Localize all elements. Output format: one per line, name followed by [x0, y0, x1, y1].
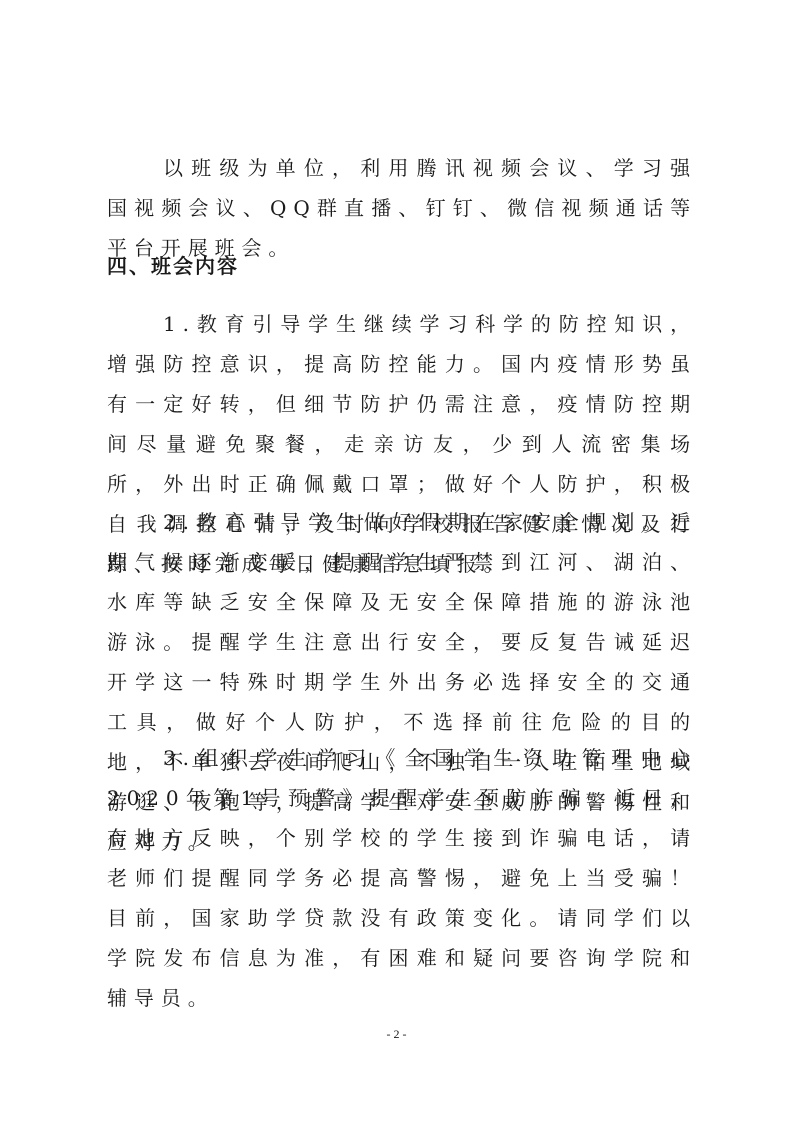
- section-heading: 四、班会内容: [107, 246, 239, 286]
- page-number: - 2 -: [0, 1027, 793, 1042]
- content-item-3: 3.组织学生学习《全国学生资助管理中心2020年第1号预警》提醒学生预防诈骗。近…: [107, 738, 697, 1018]
